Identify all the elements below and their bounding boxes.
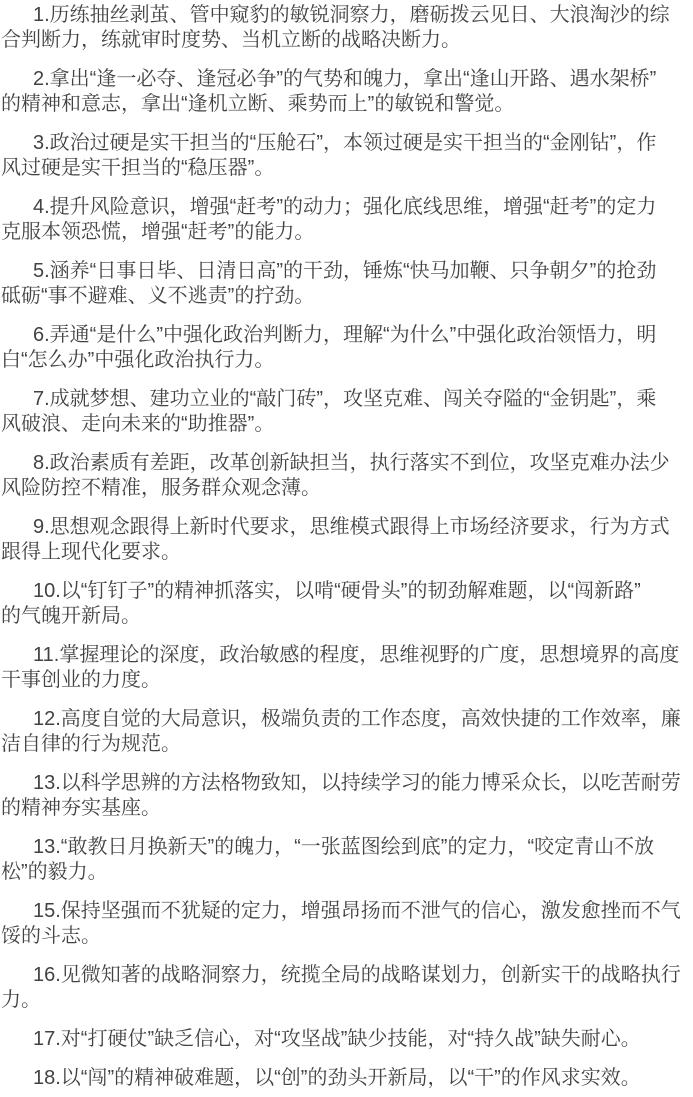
paragraph-line: 馁的斗志。 xyxy=(1,924,693,949)
paragraph-line: 16.见微知著的战略洞察力，统揽全局的战略谋划力，创新实干的战略执行 xyxy=(1,963,693,988)
paragraph-5: 5.涵养“日事日毕、日清日高”的干劲，锤炼“快马加鞭、只争朝夕”的抢劲 砥砺“事… xyxy=(1,259,693,309)
paragraph-17: 17.对“打硬仗”缺乏信心，对“攻坚战”缺少技能，对“持久战”缺失耐心。 xyxy=(1,1027,693,1052)
paragraph-line: 白“怎么办”中强化政治执行力。 xyxy=(1,348,693,373)
paragraph-line: 风险防控不精准，服务群众观念薄。 xyxy=(1,476,693,501)
paragraph-11: 11.掌握理论的深度，政治敏感的程度，思维视野的广度，思想境界的高度 干事创业的… xyxy=(1,643,693,693)
paragraph-line: 3.政治过硬是实干担当的“压舱石”，本领过硬是实干担当的“金刚钻”，作 xyxy=(1,131,693,156)
paragraph-6: 6.弄通“是什么”中强化政治判断力，理解“为什么”中强化政治领悟力，明 白“怎么… xyxy=(1,323,693,373)
paragraph-line: 松”的毅力。 xyxy=(1,860,693,885)
paragraph-line: 克服本领恐慌，增强“赶考”的能力。 xyxy=(1,220,693,245)
paragraph-line: 6.弄通“是什么”中强化政治判断力，理解“为什么”中强化政治领悟力，明 xyxy=(1,323,693,348)
paragraph-line: 干事创业的力度。 xyxy=(1,668,693,693)
paragraph-line: 4.提升风险意识，增强“赶考”的动力；强化底线思维，增强“赶考”的定力 xyxy=(1,195,693,220)
paragraph-line: 17.对“打硬仗”缺乏信心，对“攻坚战”缺少技能，对“持久战”缺失耐心。 xyxy=(1,1027,693,1052)
paragraph-line: 风过硬是实干担当的“稳压器”。 xyxy=(1,156,693,181)
paragraph-13-duplicate: 13.“敢教日月换新天”的魄力，“一张蓝图绘到底”的定力，“咬定青山不放 松”的… xyxy=(1,835,693,885)
paragraph-4: 4.提升风险意识，增强“赶考”的动力；强化底线思维，增强“赶考”的定力 克服本领… xyxy=(1,195,693,245)
paragraph-line: 7.成就梦想、建功立业的“敲门砖”，攻坚克难、闯关夺隘的“金钥匙”，乘 xyxy=(1,387,693,412)
paragraph-line: 洁自律的行为规范。 xyxy=(1,732,693,757)
paragraph-line: 9.思想观念跟得上新时代要求，思维模式跟得上市场经济要求，行为方式 xyxy=(1,515,693,540)
paragraph-line: 5.涵养“日事日毕、日清日高”的干劲，锤炼“快马加鞭、只争朝夕”的抢劲 xyxy=(1,259,693,284)
paragraph-12: 12.高度自觉的大局意识，极端负责的工作态度，高效快捷的工作效率，廉 洁自律的行… xyxy=(1,707,693,757)
paragraph-1: 1.历练抽丝剥茧、管中窥豹的敏锐洞察力，磨砺拨云见日、大浪淘沙的综 合判断力，练… xyxy=(1,3,693,53)
paragraph-line: 13.“敢教日月换新天”的魄力，“一张蓝图绘到底”的定力，“咬定青山不放 xyxy=(1,835,693,860)
paragraph-line: 风破浪、走向未来的“助推器”。 xyxy=(1,412,693,437)
paragraph-line: 力。 xyxy=(1,988,693,1013)
paragraph-18: 18.以“闯”的精神破难题，以“创”的劲头开新局，以“干”的作风求实效。 xyxy=(1,1066,693,1091)
paragraph-line: 11.掌握理论的深度，政治敏感的程度，思维视野的广度，思想境界的高度 xyxy=(1,643,693,668)
paragraph-7: 7.成就梦想、建功立业的“敲门砖”，攻坚克难、闯关夺隘的“金钥匙”，乘 风破浪、… xyxy=(1,387,693,437)
paragraph-13: 13.以科学思辨的方法格物致知，以持续学习的能力博采众长，以吃苦耐劳 的精神夯实… xyxy=(1,771,693,821)
paragraph-line: 跟得上现代化要求。 xyxy=(1,540,693,565)
document-page: 1.历练抽丝剥茧、管中窥豹的敏锐洞察力，磨砺拨云见日、大浪淘沙的综 合判断力，练… xyxy=(0,0,693,1097)
paragraph-line: 15.保持坚强而不犹疑的定力，增强昂扬而不泄气的信心，激发愈挫而不气 xyxy=(1,899,693,924)
paragraph-line: 的精神和意志，拿出“逢机立断、乘势而上”的敏锐和警觉。 xyxy=(1,92,693,117)
paragraph-10: 10.以“钉钉子”的精神抓落实，以啃“硬骨头”的韧劲解难题，以“闯新路” 的气魄… xyxy=(1,579,693,629)
paragraph-line: 砥砺“事不避难、义不逃责”的拧劲。 xyxy=(1,284,693,309)
paragraph-line: 10.以“钉钉子”的精神抓落实，以啃“硬骨头”的韧劲解难题，以“闯新路” xyxy=(1,579,693,604)
paragraph-line: 合判断力，练就审时度势、当机立断的战略决断力。 xyxy=(1,28,693,53)
paragraph-line: 8.政治素质有差距，改革创新缺担当，执行落实不到位，攻坚克难办法少 xyxy=(1,451,693,476)
paragraph-line: 2.拿出“逢一必夺、逢冠必争”的气势和魄力，拿出“逢山开路、遇水架桥” xyxy=(1,67,693,92)
paragraph-9: 9.思想观念跟得上新时代要求，思维模式跟得上市场经济要求，行为方式 跟得上现代化… xyxy=(1,515,693,565)
paragraph-2: 2.拿出“逢一必夺、逢冠必争”的气势和魄力，拿出“逢山开路、遇水架桥” 的精神和… xyxy=(1,67,693,117)
paragraph-8: 8.政治素质有差距，改革创新缺担当，执行落实不到位，攻坚克难办法少 风险防控不精… xyxy=(1,451,693,501)
paragraph-line: 18.以“闯”的精神破难题，以“创”的劲头开新局，以“干”的作风求实效。 xyxy=(1,1066,693,1091)
paragraph-3: 3.政治过硬是实干担当的“压舱石”，本领过硬是实干担当的“金刚钻”，作 风过硬是… xyxy=(1,131,693,181)
paragraph-16: 16.见微知著的战略洞察力，统揽全局的战略谋划力，创新实干的战略执行 力。 xyxy=(1,963,693,1013)
paragraph-15: 15.保持坚强而不犹疑的定力，增强昂扬而不泄气的信心，激发愈挫而不气 馁的斗志。 xyxy=(1,899,693,949)
paragraph-line: 12.高度自觉的大局意识，极端负责的工作态度，高效快捷的工作效率，廉 xyxy=(1,707,693,732)
paragraph-line: 13.以科学思辨的方法格物致知，以持续学习的能力博采众长，以吃苦耐劳 xyxy=(1,771,693,796)
paragraph-line: 1.历练抽丝剥茧、管中窥豹的敏锐洞察力，磨砺拨云见日、大浪淘沙的综 xyxy=(1,3,693,28)
paragraph-line: 的精神夯实基座。 xyxy=(1,796,693,821)
paragraph-line: 的气魄开新局。 xyxy=(1,604,693,629)
